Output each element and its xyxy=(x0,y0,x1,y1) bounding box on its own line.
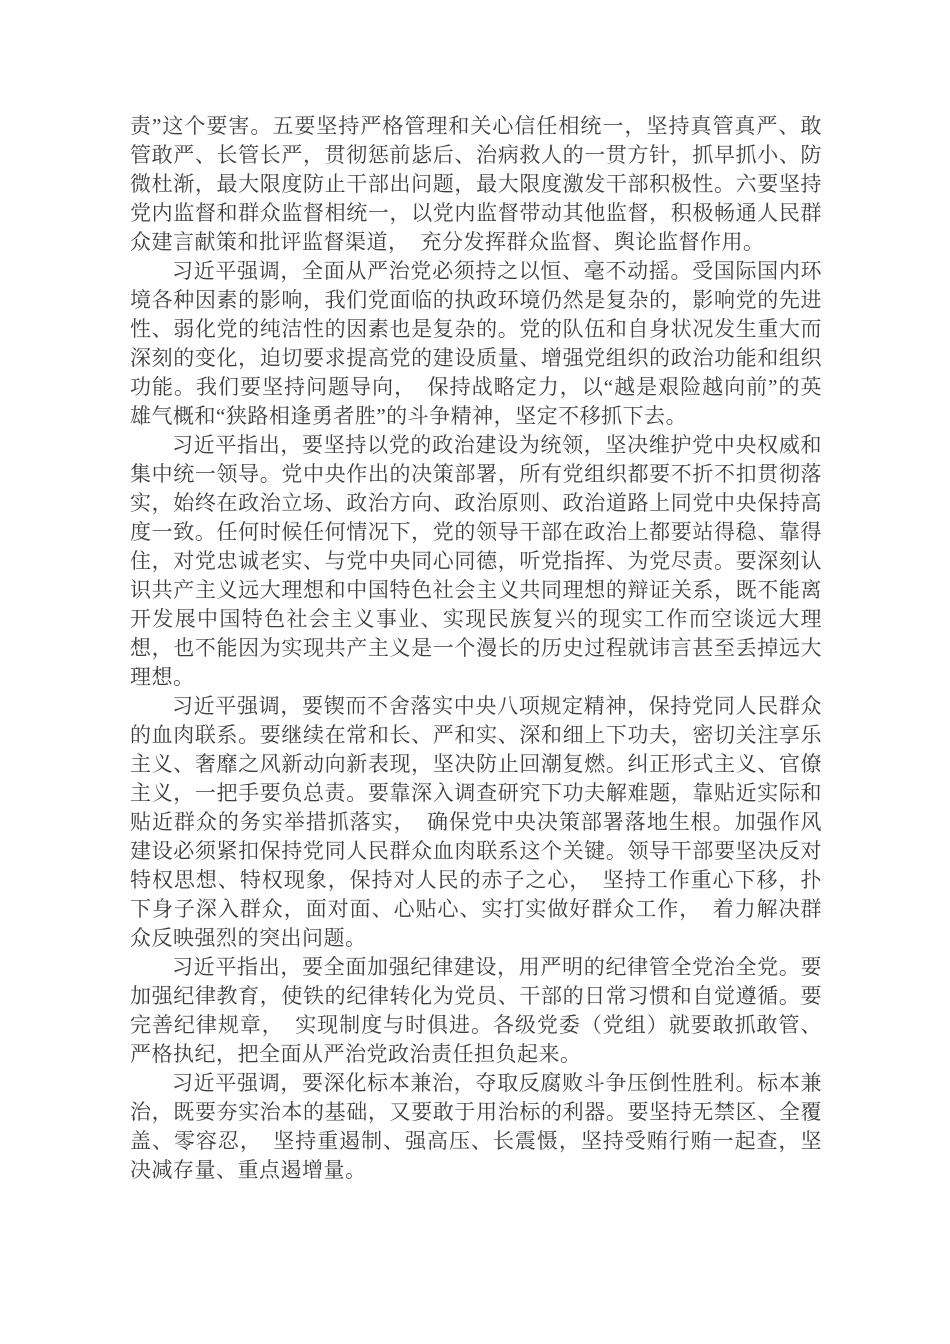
paragraph: 习近平强调，要锲而不舍落实中央八项规定精神，保持党同人民群众的血肉联系。要继续在… xyxy=(130,692,822,953)
paragraph: 习近平指出，要全面加强纪律建设，用严明的纪律管全党治全党。要加强纪律教育，使铁的… xyxy=(130,953,822,1069)
paragraph: 习近平强调，全面从严治党必须持之以恒、毫不动摇。受国际国内环境各种因素的影响，我… xyxy=(130,257,822,431)
paragraph: 习近平强调，要深化标本兼治，夺取反腐败斗争压倒性胜利。标本兼治，既要夯实治本的基… xyxy=(130,1069,822,1185)
document-text-block: 责”这个要害。五要坚持严格管理和关心信任相统一，坚持真管真严、敢管敢严、长管长严… xyxy=(130,112,822,1185)
paragraph: 责”这个要害。五要坚持严格管理和关心信任相统一，坚持真管真严、敢管敢严、长管长严… xyxy=(130,112,822,257)
document-page: 责”这个要害。五要坚持严格管理和关心信任相统一，坚持真管真严、敢管敢严、长管长严… xyxy=(0,0,950,1344)
paragraph: 习近平指出，要坚持以党的政治建设为统领，坚决维护党中央权威和集中统一领导。党中央… xyxy=(130,431,822,692)
